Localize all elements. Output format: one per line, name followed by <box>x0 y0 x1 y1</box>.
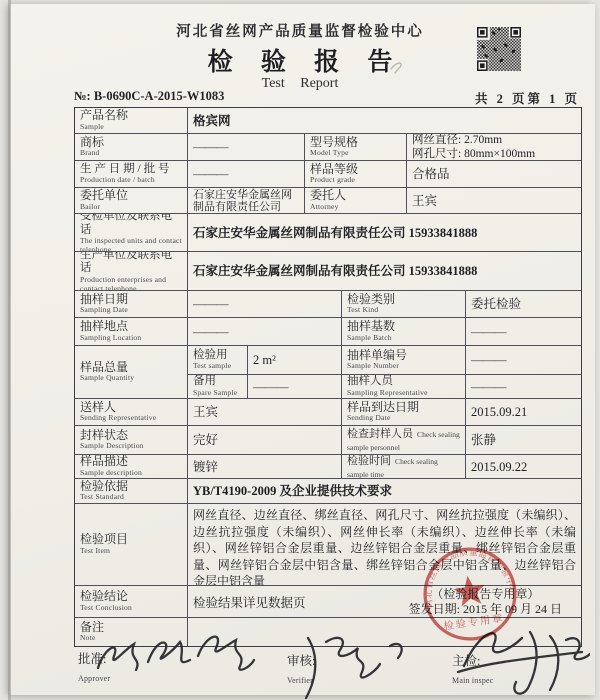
test-sample-value: 2 m² <box>248 346 342 374</box>
product-grade-label: 样品等级 Product grade <box>305 161 407 187</box>
attorney-label: 委托人 Attorney <box>305 188 407 213</box>
row-inspected-unit: 受检单位及联系电话 The inspected units and contac… <box>75 214 581 252</box>
scanned-test-report: { "header": { "org": "河北省丝网产品质量监督检验中心", … <box>0 0 600 700</box>
spare-sample-value: ——— <box>248 375 342 398</box>
sampling-location-label: 抽样地点 Sampling Location <box>75 318 188 345</box>
row-sample-desc-time: 样品描述 Sample description 镀锌 检验时间 Check se… <box>75 455 581 479</box>
seal-state-label: 封样状态 Sample Description <box>75 426 188 454</box>
product-name-value: 格宾网 <box>188 108 581 133</box>
row-seal-state-checker: 封样状态 Sample Description 完好 检查封样人员 Check … <box>75 426 581 455</box>
sending-date-label: 样品到达日期 Sending Date <box>342 399 466 425</box>
note-label: 备注 Note <box>75 618 188 646</box>
attorney-value: 王宾 <box>407 188 581 213</box>
sender-value: 王宾 <box>188 399 342 425</box>
bailor-value: 石家庄安华金属丝网制品有限责任公司 <box>188 188 305 213</box>
row-sampling-date-kind: 抽样日期 Sampling Date ——— 检验类别 Test Kind 委托… <box>75 291 581 318</box>
bailor-label: 委托单位 Bailor <box>75 188 188 213</box>
sample-quantity-subgrid: 检验用 Test sample 2 m² 抽样单编号 Sample Number… <box>188 346 581 398</box>
stamp-star-icon <box>452 574 487 608</box>
subrow-spare-sample: 备用 Spare Sample ——— 抽样人员 Sampling Repres… <box>188 375 581 398</box>
seal-checker-value: 张静 <box>466 426 581 454</box>
inspected-unit-value: 石家庄安华金属丝网制品有限责任公司 15933841888 <box>188 214 581 251</box>
row-sample-quantity: 样品总量 Sample Quantity 检验用 Test sample 2 m… <box>75 346 581 399</box>
red-seal-stamp: 河北省丝网产品质量监督检验中心 检验专用章 <box>415 539 526 650</box>
scan-edge-artifact <box>8 0 11 700</box>
sender-label: 送样人 Sending Representative <box>75 399 188 425</box>
approver-label: 批准: Approver <box>78 650 110 686</box>
sample-desc-value: 镀锌 <box>188 455 342 478</box>
qr-code <box>477 27 521 71</box>
verifier-label: 审核: Verifier <box>287 652 315 688</box>
production-unit-value: 石家庄安华金属丝网制品有限责任公司 15933841888 <box>188 252 581 290</box>
model-type-label: 型号规格 Model Type <box>305 134 407 160</box>
row-production-unit: 生产单位及联系电话 Production enterprises and con… <box>75 252 581 291</box>
production-date-label: 生 产 日 期 / 批 号 Production date / batch <box>75 161 188 187</box>
sampling-representative-label: 抽样人员 Sampling Representative <box>342 375 466 398</box>
sampling-date-value: ——— <box>188 291 342 317</box>
report-number: №: B-0690C-A-2015-W1083 <box>74 89 224 107</box>
model-type-value: 网丝直径: 2.70mm 网孔尺寸: 80mm×100mm <box>407 134 581 160</box>
product-name-label: 产品名称 Sample <box>75 108 188 133</box>
row-brand-model: 商标 Brand ——— 型号规格 Model Type 网丝直径: 2.70m… <box>75 134 581 161</box>
check-time-label: 检验时间 Check sealing sample time <box>342 455 466 478</box>
test-items-value: 网丝直径、边丝直径、绑丝直径、网孔尺寸、网丝抗拉强度（未编织）、边丝抗拉强度（未… <box>188 504 581 585</box>
row-sender-arrival: 送样人 Sending Representative 王宾 样品到达日期 Sen… <box>75 399 581 426</box>
seal-state-value: 完好 <box>188 426 342 454</box>
production-date-value: ——— <box>188 161 305 187</box>
sample-number-label: 抽样单编号 Sample Number <box>342 346 466 374</box>
spare-sample-label: 备用 Spare Sample <box>188 375 248 398</box>
sample-desc-label: 样品描述 Sample description <box>75 455 188 478</box>
production-unit-label: 生产单位及联系电话 Production enterprises and con… <box>75 252 188 290</box>
test-kind-label: 检验类别 Test Kind <box>342 291 466 317</box>
sampling-representative-value: ——— <box>466 375 581 398</box>
row-test-standard: 检验依据 Test Standard YB/T4190-2009 及企业提供技术… <box>75 479 581 504</box>
product-grade-value: 合格品 <box>407 161 581 187</box>
seal-checker-label: 检查封样人员 Check sealing sample personnel <box>342 426 466 454</box>
brand-value: ——— <box>188 134 305 160</box>
check-time-value: 2015.09.22 <box>466 455 581 478</box>
sample-batch-label: 抽样基数 Sample Batch <box>342 318 466 345</box>
test-sample-label: 检验用 Test sample <box>188 346 248 374</box>
test-items-label: 检验项目 Test Item <box>75 504 188 585</box>
report-number-line: №: B-0690C-A-2015-W1083 共 2 页第 1 页 <box>74 89 580 107</box>
test-standard-value: YB/T4190-2009 及企业提供技术要求 <box>188 479 581 503</box>
sample-number-value: ——— <box>466 346 581 374</box>
page-count: 共 2 页第 1 页 <box>475 89 580 107</box>
test-kind-value: 委托检验 <box>466 291 581 317</box>
sampling-date-label: 抽样日期 Sampling Date <box>75 291 188 317</box>
sending-date-value: 2015.09.21 <box>466 399 581 425</box>
sample-batch-value: ——— <box>466 318 581 345</box>
test-conclusion-label: 检验结论 Test Conclusion <box>75 586 188 617</box>
main-inspector-label: 主检: Main inspec <box>452 652 494 688</box>
row-bailor-attorney: 委托单位 Bailor 石家庄安华金属丝网制品有限责任公司 委托人 Attorn… <box>75 188 581 214</box>
subrow-test-sample: 检验用 Test sample 2 m² 抽样单编号 Sample Number… <box>188 346 581 375</box>
row-product-name: 产品名称 Sample 格宾网 <box>75 108 581 134</box>
row-sampling-location-batch: 抽样地点 Sampling Location ——— 抽样基数 Sample B… <box>75 318 581 346</box>
inspected-unit-label: 受检单位及联系电话 The inspected units and contac… <box>75 214 188 251</box>
brand-label: 商标 Brand <box>75 134 188 160</box>
test-standard-label: 检验依据 Test Standard <box>75 479 188 503</box>
sample-quantity-label: 样品总量 Sample Quantity <box>75 346 188 398</box>
sampling-location-value: ——— <box>188 318 342 345</box>
row-production-date-grade: 生 产 日 期 / 批 号 Production date / batch ——… <box>75 161 581 188</box>
pen-mark-artifact <box>388 58 410 78</box>
